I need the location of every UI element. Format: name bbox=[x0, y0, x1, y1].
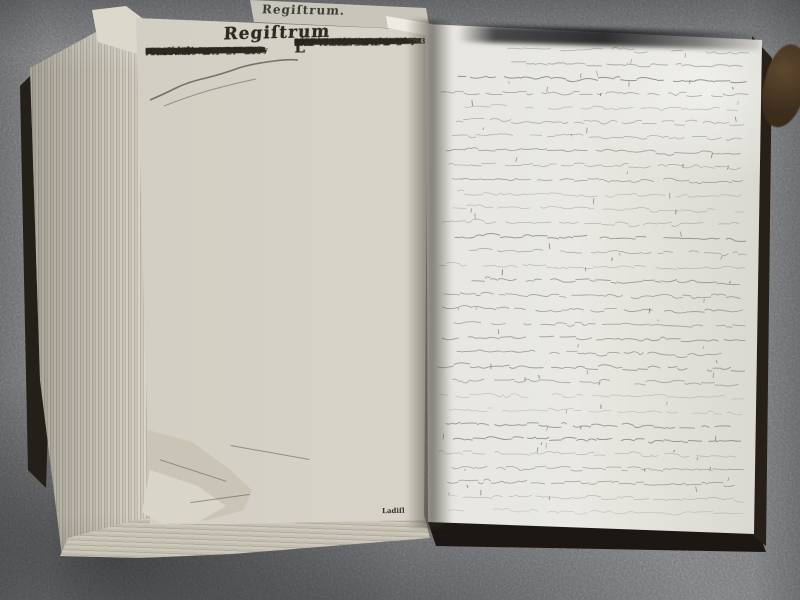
ink-fleck bbox=[547, 87, 548, 92]
handwriting-ink bbox=[435, 40, 749, 524]
ink-fleck bbox=[546, 426, 547, 430]
handwriting-line bbox=[440, 392, 746, 401]
handwriting-line bbox=[446, 147, 741, 156]
ink-fleck bbox=[697, 457, 698, 460]
handwriting-line bbox=[438, 449, 736, 458]
handwriting-line bbox=[437, 363, 746, 372]
handwriting-line bbox=[455, 233, 747, 241]
handwriting-line bbox=[442, 334, 749, 343]
ink-fleck bbox=[696, 486, 697, 492]
handwriting-line bbox=[469, 248, 748, 256]
ink-fleck bbox=[674, 450, 675, 452]
ink-fleck bbox=[737, 101, 738, 105]
ink-fleck bbox=[475, 213, 476, 219]
ink-fleck bbox=[683, 164, 684, 167]
handwriting-line bbox=[439, 262, 745, 271]
handwriting-line bbox=[453, 436, 741, 444]
handwriting-line bbox=[441, 89, 749, 98]
ink-fleck bbox=[704, 299, 705, 303]
ink-fleck bbox=[630, 59, 631, 64]
ink-fleck bbox=[727, 166, 728, 170]
ink-fleck bbox=[735, 117, 736, 122]
handwriting-line bbox=[458, 190, 741, 199]
ink-fleck bbox=[476, 307, 477, 310]
handwriting-line bbox=[447, 479, 734, 487]
handwriting-line bbox=[450, 494, 749, 503]
ink-fleck bbox=[539, 375, 540, 378]
handwriting-line bbox=[443, 291, 740, 300]
handwriting-line bbox=[442, 219, 739, 228]
ink-fleck bbox=[733, 87, 734, 90]
ink-fleck bbox=[578, 344, 579, 348]
ink-fleck bbox=[596, 71, 598, 77]
handwriting-line bbox=[448, 508, 747, 516]
ink-fleck bbox=[509, 81, 510, 83]
handwriting-line bbox=[449, 161, 742, 169]
ink-fleck bbox=[729, 281, 730, 284]
handwriting-line bbox=[458, 75, 747, 84]
handwriting-line bbox=[465, 104, 738, 112]
handwriting-line bbox=[452, 132, 742, 141]
photo-of-open-antique-book: Regiſtrum. Regiſtrum kamach gim mjſta 3.… bbox=[0, 0, 800, 600]
ink-fleck bbox=[728, 477, 729, 481]
ink-fleck bbox=[537, 447, 538, 452]
print-line: Lea w ming rozſudek S. Jana 179 bbox=[294, 37, 416, 48]
handwriting-line bbox=[449, 407, 742, 415]
ink-fleck bbox=[685, 53, 686, 57]
ink-fleck bbox=[658, 320, 659, 322]
handwriting-line bbox=[452, 465, 744, 474]
ink-fleck bbox=[716, 360, 717, 363]
running-header-upper-leaf: Regiſtrum. bbox=[261, 2, 345, 17]
ink-fleck bbox=[711, 153, 712, 158]
handwriting-line bbox=[511, 62, 742, 69]
handwriting-line bbox=[472, 277, 740, 286]
ink-fleck bbox=[483, 127, 484, 129]
ink-fleck bbox=[689, 80, 690, 84]
handwriting-line bbox=[452, 175, 743, 184]
ink-fleck bbox=[549, 243, 550, 249]
ink-fleck bbox=[541, 442, 542, 444]
ink-fleck bbox=[471, 208, 472, 212]
ink-fleck bbox=[627, 172, 628, 175]
catchword: Ladiſl bbox=[382, 506, 405, 515]
handwriting-line bbox=[452, 378, 738, 387]
ink-fleck bbox=[649, 308, 650, 313]
ink-fleck bbox=[721, 256, 723, 259]
ink-fleck bbox=[713, 373, 714, 378]
ink-scribble bbox=[146, 48, 316, 118]
handwriting-line bbox=[446, 421, 731, 430]
ink-fleck bbox=[680, 231, 681, 236]
ink-fleck bbox=[703, 346, 704, 349]
ink-fleck bbox=[472, 100, 473, 106]
handwriting-line bbox=[456, 117, 744, 126]
ink-fleck bbox=[516, 157, 517, 162]
ink-fleck bbox=[612, 258, 613, 261]
ink-fleck bbox=[443, 434, 444, 440]
handwriting-line bbox=[454, 321, 749, 329]
ink-fleck bbox=[467, 485, 468, 488]
handwriting-line bbox=[457, 349, 722, 358]
handwriting-line bbox=[453, 204, 745, 213]
handwriting-line bbox=[442, 305, 743, 314]
